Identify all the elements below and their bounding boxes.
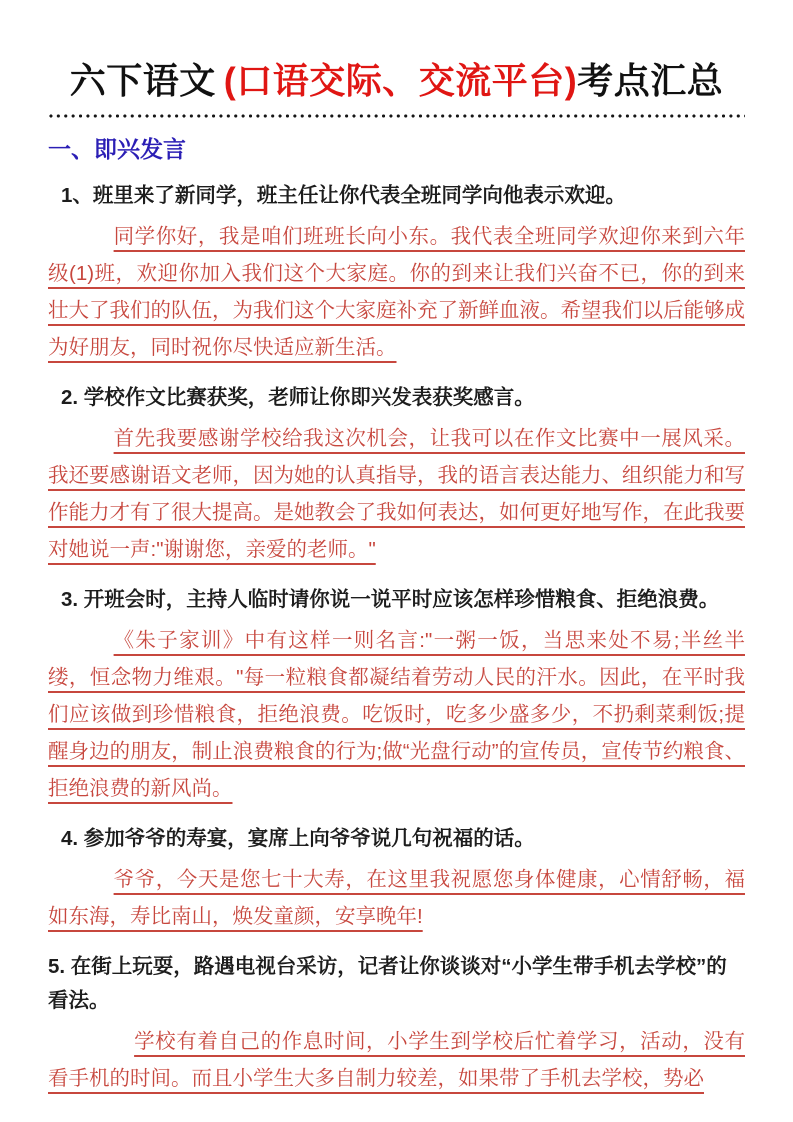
page-title: 六下语文(口语交际、交流平台)考点汇总 [48, 58, 745, 104]
answer-text: 《朱子家训》中有这样一则名言:"一粥一饭，当思来处不易;半丝半缕，恒念物力维艰。… [48, 622, 745, 807]
title-prefix: 六下语文 [70, 60, 216, 101]
qa-item-3: 3. 开班会时，主持人临时请你说一说平时应该怎样珍惜粮食、拒绝浪费。 《朱子家训… [48, 583, 745, 807]
answer-text: 爷爷，今天是您七十大寿，在这里我祝愿您身体健康，心情舒畅，福如东海，寿比南山，焕… [48, 861, 745, 935]
answer-text: 学校有着自己的作息时间，小学生到学校后忙着学习，活动，没有看手机的时间。而且小学… [48, 1023, 745, 1097]
qa-item-1: 1、班里来了新同学，班主任让你代表全班同学向他表示欢迎。 同学你好，我是咱们班班… [48, 179, 745, 366]
question-text: 1、班里来了新同学，班主任让你代表全班同学向他表示欢迎。 [48, 179, 745, 213]
qa-item-4: 4. 参加爷爷的寿宴，宴席上向爷爷说几句祝福的话。 爷爷，今天是您七十大寿，在这… [48, 822, 745, 935]
title-highlight: (口语交际、交流平台) [224, 60, 577, 101]
document-page: 六下语文(口语交际、交流平台)考点汇总 一、即兴发言 1、班里来了新同学，班主任… [0, 0, 793, 1122]
answer-text: 同学你好，我是咱们班班长向小东。我代表全班同学欢迎你来到六年级(1)班，欢迎你加… [48, 218, 745, 366]
answer-text: 首先我要感谢学校给我这次机会，让我可以在作文比赛中一展风采。我还要感谢语文老师，… [48, 420, 745, 568]
question-text: 2. 学校作文比赛获奖，老师让你即兴发表获奖感言。 [48, 381, 745, 415]
dotted-divider [48, 113, 745, 119]
section-heading: 一、即兴发言 [48, 134, 745, 164]
question-text: 4. 参加爷爷的寿宴，宴席上向爷爷说几句祝福的话。 [48, 822, 745, 856]
qa-item-2: 2. 学校作文比赛获奖，老师让你即兴发表获奖感言。 首先我要感谢学校给我这次机会… [48, 381, 745, 568]
qa-item-5: 5. 在街上玩耍，路遇电视台采访，记者让你谈谈对“小学生带手机去学校”的看法。 … [48, 950, 745, 1097]
question-text: 3. 开班会时，主持人临时请你说一说平时应该怎样珍惜粮食、拒绝浪费。 [48, 583, 745, 617]
question-text: 5. 在街上玩耍，路遇电视台采访，记者让你谈谈对“小学生带手机去学校”的看法。 [48, 950, 745, 1018]
title-suffix: 考点汇总 [577, 60, 723, 101]
